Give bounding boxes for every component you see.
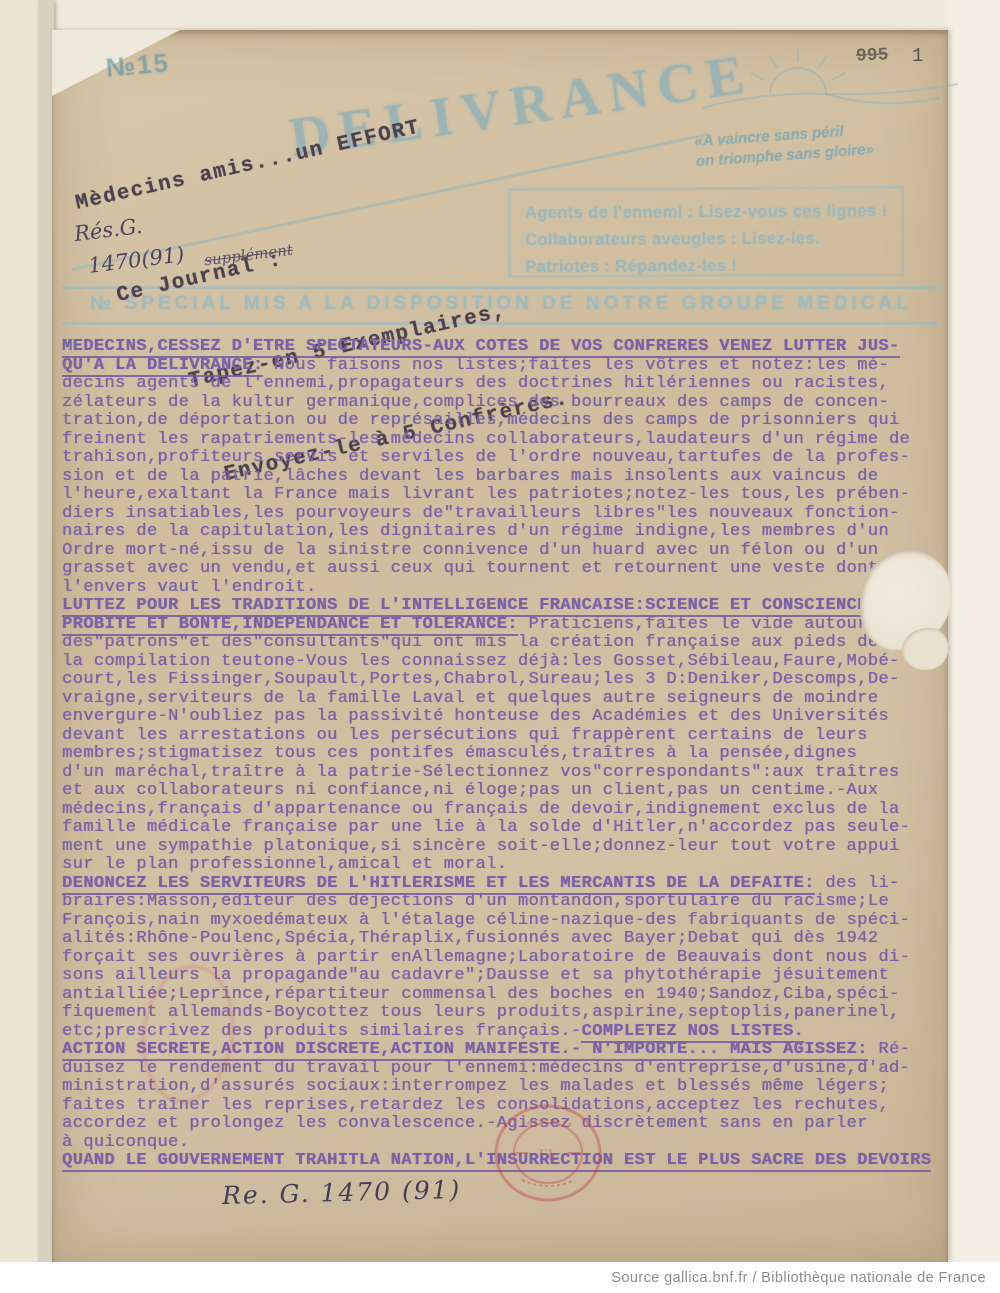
- typed-line: l'envers vaut l'endroit.: [62, 579, 946, 598]
- paper-tear: [902, 628, 948, 670]
- typed-line: grasset avec un vendu,et aussi ceux qui …: [62, 560, 946, 579]
- typed-line: decins agents de l'ennemi,propagateurs d…: [62, 375, 946, 394]
- page-number: 1: [912, 45, 923, 67]
- underlying-page-edge: [0, 0, 40, 1262]
- notice-line: Patriotes : Répandez-les !: [525, 252, 901, 281]
- typed-line: tration,de déportation ou de représaille…: [62, 412, 946, 431]
- typed-line: l'heure,exaltant la France mais livrant …: [62, 486, 946, 505]
- typed-line: vraigne,serviteurs de la famille Laval e…: [62, 690, 946, 709]
- svg-text:FL: FL: [539, 1147, 558, 1164]
- typed-line: sion et de la patrie,lâches devant les b…: [62, 468, 946, 487]
- typed-line: des"patrons"et des"consultants"qui ont m…: [62, 634, 946, 653]
- typed-line: François,nain myxoedémateux à l'étalage …: [62, 912, 946, 931]
- typed-line: famille médicale française par une lie à…: [62, 819, 946, 838]
- typed-line: et aux collaborateurs ni confiance,ni él…: [62, 782, 946, 801]
- typed-line: freinent les rapatriements-les médecins …: [62, 431, 946, 450]
- typed-line: naires de la capitulation,les dignitaire…: [62, 523, 946, 542]
- typed-line: envergure-N'oubliez pas la passivité hon…: [62, 708, 946, 727]
- typed-line: d'un maréchal,traître à la patrie-Sélect…: [62, 764, 946, 783]
- typed-line: diers insatiables,les pourvoyeurs de"tra…: [62, 505, 946, 524]
- typed-line: devant les arrestations ou les persécuti…: [62, 727, 946, 746]
- typed-line: sur le plan professionnel,amical et mora…: [62, 856, 946, 875]
- typed-line: LUTTEZ POUR LES TRADITIONS DE L'INTELLIG…: [62, 597, 946, 616]
- source-credit: Source gallica.bnf.fr / Bibliothèque nat…: [611, 1270, 986, 1286]
- typed-line: médecins,français d'appartenance ou fran…: [62, 801, 946, 820]
- typed-line: membres;stigmatisez tous ces pontifes ém…: [62, 745, 946, 764]
- notice-line: Agents de l'ennemi : Lisez-vous ces lign…: [525, 198, 901, 227]
- typed-line: braires:Masson,éditeur des déjections d'…: [62, 893, 946, 912]
- crossed-page-number: 995: [856, 45, 889, 66]
- typed-line: trahison,profiteurs servis et serviles d…: [62, 449, 946, 468]
- typed-line: zélateurs de la kultur germanique,compli…: [62, 394, 946, 413]
- typed-line: court,les Fissinger,Soupault,Portes,Chab…: [62, 671, 946, 690]
- issue-number-stamp: №15: [105, 47, 171, 83]
- typed-line: PROBITE ET BONTE,INDEPENDANCE ET TOLERAN…: [62, 616, 946, 635]
- stamp-line: Mèdecins amis...un EFFORT: [72, 93, 507, 221]
- typed-line: DENONCEZ LES SERVITEURS DE L'HITLERISME …: [62, 875, 946, 894]
- bnf-round-stamp: FL: [492, 1102, 604, 1204]
- typed-line: la compilation teutone-Vous les connaiss…: [62, 653, 946, 672]
- scanner-background: [948, 0, 1000, 1262]
- typed-line: QU'A LA DELIVRANCE: Nous faisons nos lis…: [62, 357, 946, 376]
- notice-line: Collaborateurs aveugles : Lisez-les.: [525, 225, 901, 254]
- typed-line: alités:Rhône-Poulenc,Spécia,Théraplix,fu…: [62, 930, 946, 949]
- typed-line: Ordre mort-né,issu de la sinistre conniv…: [62, 542, 946, 561]
- typed-line: MEDECINS,CESSEZ D'ETRE SPECTATEURS-AUX C…: [62, 338, 946, 357]
- typed-line: ment une sympathie platonique,si sincère…: [62, 838, 946, 857]
- gallica-footer: Source gallica.bnf.fr / Bibliothèque nat…: [0, 1262, 1000, 1293]
- readership-notice-box: Agents de l'ennemi : Lisez-vous ces lign…: [508, 186, 904, 278]
